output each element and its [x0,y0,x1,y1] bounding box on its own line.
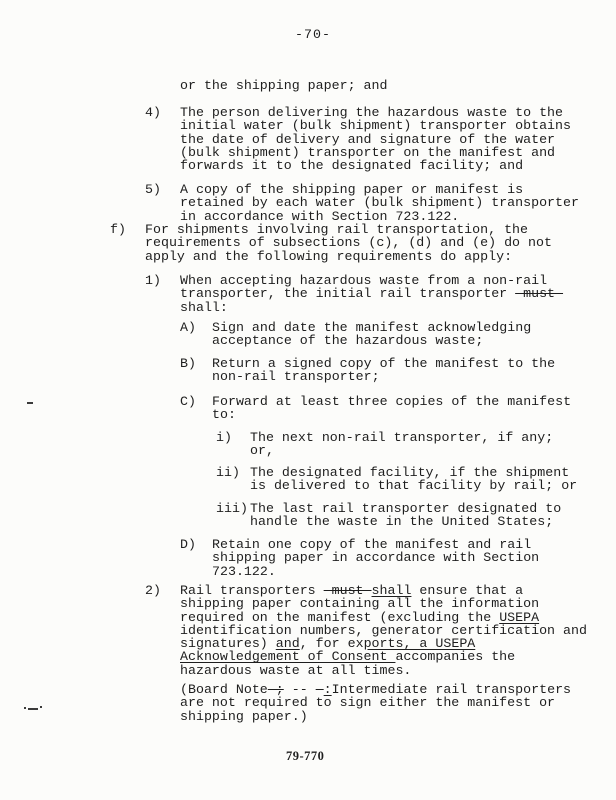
list-item-label: C) [180,395,212,408]
list-item-text: A copy of the shipping paper or manifest… [180,183,579,223]
list-item-label: D) [180,538,212,551]
list-item-f1C: C)Forward at least three copies of the m… [180,395,571,422]
list-item-text: The last rail transporter designated to … [250,502,561,529]
board-note: (Board Note-; -- -:Intermediate rail tra… [180,683,571,723]
scan-artifact [24,707,26,709]
scan-artifact [28,708,38,710]
list-item-text: The person delivering the hazardous wast… [180,106,571,172]
list-item-text: The designated facility, if the shipment… [250,466,577,493]
list-item-f: f)For shipments involving rail transport… [110,223,552,263]
list-item-f1C-iii: iii)The last rail transporter designated… [216,502,561,529]
board-note-text: (Board Note-; -- -:Intermediate rail tra… [180,683,571,723]
list-item-f1C-ii: ii)The designated facility, if the shipm… [216,466,577,493]
list-item-f2: 2)Rail transporters -must-shall ensure t… [145,584,587,677]
paragraph-text: shall: [180,300,228,315]
list-item-label: f) [110,223,145,236]
list-item-f1B: B)Return a signed copy of the manifest t… [180,357,555,384]
paragraph-text: When accepting hazardous waste from a no… [180,273,547,301]
list-item-5: 5)A copy of the shipping paper or manife… [145,183,579,223]
list-item-text: When accepting hazardous waste from a no… [180,274,563,314]
paragraph-text: or the shipping paper; and [180,79,387,92]
list-item-f1A: A)Sign and date the manifest acknowledgi… [180,321,531,348]
list-item-label: 5) [145,183,180,196]
list-item-label: B) [180,357,212,370]
list-item-text: Sign and date the manifest acknowledging… [212,321,531,348]
deleted-text: -must- [515,286,563,301]
list-item-f1C-i: i)The next non-rail transporter, if any;… [216,431,553,458]
list-item-text: Rail transporters -must-shall ensure tha… [180,584,587,677]
page-number-bottom: 79-770 [286,750,324,763]
scan-artifact [27,402,33,404]
list-item-label: ii) [216,466,250,479]
list-item-label: 4) [145,106,180,119]
list-item-label: 2) [145,584,180,597]
scan-artifact [40,706,42,708]
list-item-text: Retain one copy of the manifest and rail… [212,538,539,578]
list-item-text: Forward at least three copies of the man… [212,395,571,422]
list-item-label: 1) [145,274,180,287]
list-item-4: 4)The person delivering the hazardous wa… [145,106,571,172]
document-page: -70- or the shipping paper; and 4)The pe… [0,0,616,800]
list-item-text: For shipments involving rail transportat… [145,223,552,263]
list-item-text: Return a signed copy of the manifest to … [212,357,555,384]
list-item-label: A) [180,321,212,334]
paragraph-continuation: or the shipping paper; and [180,79,387,92]
list-item-f1D: D)Retain one copy of the manifest and ra… [180,538,539,578]
list-item-label: i) [216,431,250,444]
page-number-top: -70- [295,28,331,41]
list-item-text: The next non-rail transporter, if any; o… [250,431,553,458]
list-item-f1: 1)When accepting hazardous waste from a … [145,274,563,314]
list-item-label: iii) [216,502,250,515]
